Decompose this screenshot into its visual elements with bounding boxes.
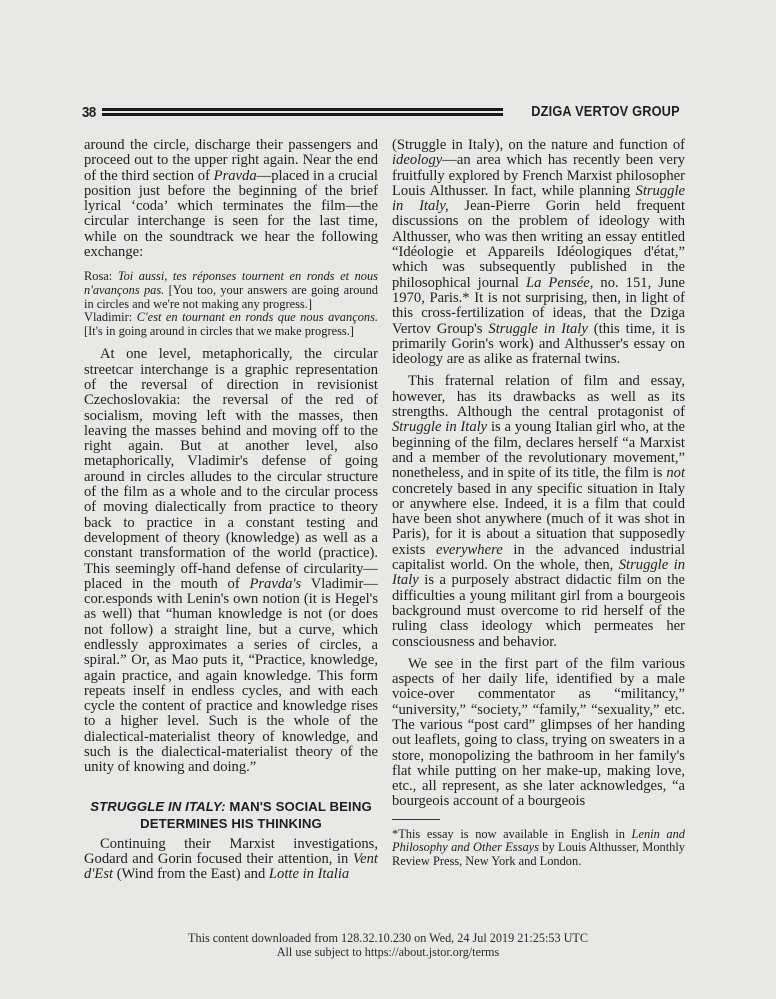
heading-film-title: STRUGGLE IN ITALY: [90,799,225,814]
text: is a purposely abstract didactic film on… [392,572,685,649]
translation: [It's in going around in circles that we… [84,324,354,338]
paragraph: around the circle, discharge their passe… [84,138,378,260]
running-head: DZIGA VERTOV GROUP [531,104,680,120]
terms-notice: All use subject to https://about.jstor.o… [0,945,776,959]
heading-text: DETERMINES HIS THINKING [84,815,378,832]
french-line: C'est en tournant en ronds que nous avan… [137,310,378,324]
text: At one level, metaphorically, the circul… [84,346,378,591]
jstor-download-notice: This content downloaded from 128.32.10.2… [0,931,776,959]
film-title: Lotte in Italia [269,866,349,882]
text: We see in the first part of the film var… [392,656,685,810]
page-header: 38 DZIGA VERTOV GROUP [82,102,680,122]
paragraph: At one level, metaphorically, the circul… [84,347,378,775]
text: Continuing their Marxist investigations,… [84,836,378,867]
heading-text: MAN'S SOCIAL BEING [226,799,372,814]
text: This fraternal relation of film and essa… [392,373,685,420]
dialogue-quote: Rosa: Toi aussi, tes réponses tournent e… [84,270,378,338]
film-title: Pravda [214,168,257,184]
speaker-label: Vladimir: [84,310,137,324]
emphasis: not [666,465,685,481]
film-title: Struggle in Italy [392,419,487,435]
text: (Wind from the East) and [113,866,269,882]
header-double-rule [102,107,504,117]
film-title: Pravda's [249,576,301,592]
paragraph: This fraternal relation of film and essa… [392,374,685,649]
text: Vladimir—cor­.esponds with Lenin's own n… [84,576,378,776]
right-column: (Struggle in Italy), on the nature and f… [392,138,685,869]
emphasis: everywhere [436,542,503,558]
speaker-label: Rosa: [84,269,118,283]
film-title: Struggle in Italy [488,321,587,337]
page-number: 38 [82,104,96,121]
text: *This essay is now available in English … [392,827,632,841]
section-heading: STRUGGLE IN ITALY: MAN'S SOCIAL BEING DE… [84,798,378,832]
journal-title: La Pensée, [526,275,593,291]
left-column: around the circle, discharge their passe… [84,138,378,883]
paragraph: (Struggle in Italy), on the nature and f… [392,138,685,367]
download-info: This content downloaded from 128.32.10.2… [0,931,776,945]
footnote-divider [392,819,440,820]
footnote: *This essay is now available in English … [392,828,685,869]
paragraph: We see in the first part of the film var… [392,657,685,810]
emphasis: ideology [392,152,442,168]
paragraph: Continuing their Marxist investigations,… [84,837,378,883]
text: (Struggle in Italy), on the nature and f… [392,137,685,153]
